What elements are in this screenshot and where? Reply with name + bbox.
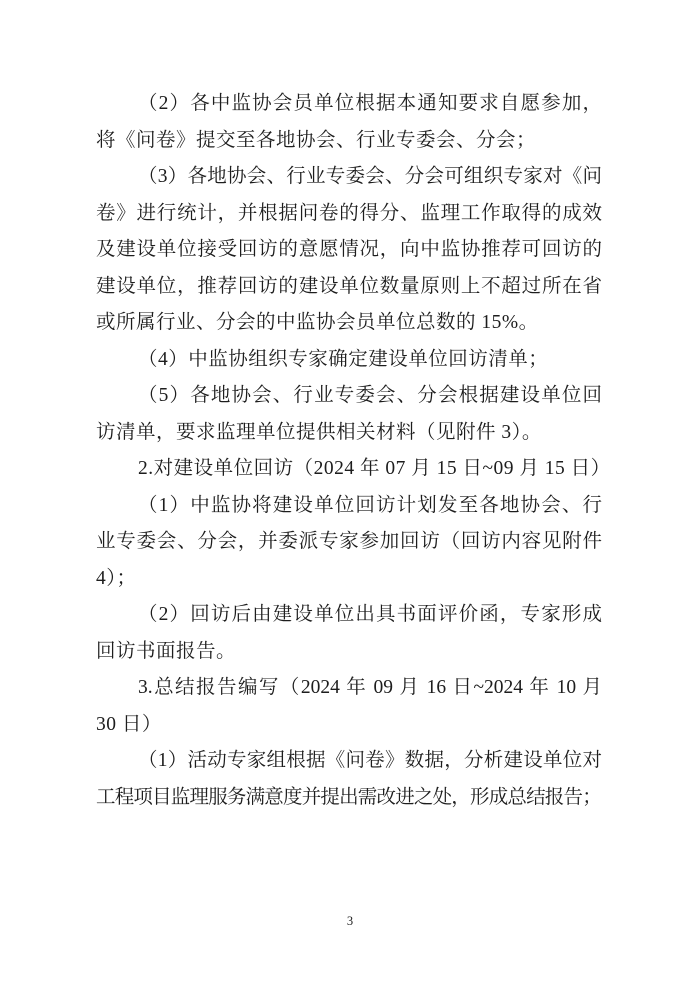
page-footer: 3 (0, 912, 700, 930)
text-line: 建设单位，推荐回访的建设单位数量原则上不超过所在省 (96, 269, 602, 306)
paragraph: 3.总结报告编写（2024 年 09 月 16 日~2024 年 10 月30 … (96, 670, 602, 743)
document-body: （2）各中监协会员单位根据本通知要求自愿参加，将《问卷》提交至各地协会、行业专委… (96, 86, 602, 816)
text-line: （2）回访后由建设单位出具书面评价函，专家形成 (96, 597, 602, 634)
text-line: （5）各地协会、行业专委会、分会根据建设单位回 (96, 378, 602, 415)
paragraph: （2）各中监协会员单位根据本通知要求自愿参加，将《问卷》提交至各地协会、行业专委… (96, 86, 602, 159)
text-line: （1）中监协将建设单位回访计划发至各地协会、行 (96, 488, 602, 525)
text-line: 30 日） (96, 707, 602, 744)
text-line: 卷》进行统计，并根据问卷的得分、监理工作取得的成效 (96, 196, 602, 233)
paragraph: （3）各地协会、行业专委会、分会可组织专家对《问卷》进行统计，并根据问卷的得分、… (96, 159, 602, 342)
text-line: （4）中监协组织专家确定建设单位回访清单； (96, 342, 602, 379)
text-line: 回访书面报告。 (96, 634, 602, 671)
text-line: 4）； (96, 561, 602, 598)
page-number: 3 (347, 914, 353, 928)
paragraph: （5）各地协会、行业专委会、分会根据建设单位回访清单，要求监理单位提供相关材料（… (96, 378, 602, 451)
paragraph: （1）活动专家组根据《问卷》数据，分析建设单位对工程项目监理服务满意度并提出需改… (96, 743, 602, 816)
text-line: 3.总结报告编写（2024 年 09 月 16 日~2024 年 10 月 (96, 670, 602, 707)
text-line: 工程项目监理服务满意度并提出需改进之处，形成总结报告； (96, 780, 602, 817)
paragraph: （2）回访后由建设单位出具书面评价函，专家形成回访书面报告。 (96, 597, 602, 670)
paragraph: 2.对建设单位回访（2024 年 07 月 15 日~09 月 15 日） (96, 451, 602, 488)
text-line: 及建设单位接受回访的意愿情况，向中监协推荐可回访的 (96, 232, 602, 269)
text-line: （1）活动专家组根据《问卷》数据，分析建设单位对 (96, 743, 602, 780)
paragraph: （1）中监协将建设单位回访计划发至各地协会、行业专委会、分会，并委派专家参加回访… (96, 488, 602, 598)
document-page: （2）各中监协会员单位根据本通知要求自愿参加，将《问卷》提交至各地协会、行业专委… (0, 0, 700, 989)
text-line: 将《问卷》提交至各地协会、行业专委会、分会； (96, 123, 602, 160)
text-line: （2）各中监协会员单位根据本通知要求自愿参加， (96, 86, 602, 123)
text-line: 访清单，要求监理单位提供相关材料（见附件 3）。 (96, 415, 602, 452)
text-line: 2.对建设单位回访（2024 年 07 月 15 日~09 月 15 日） (96, 451, 602, 488)
text-line: （3）各地协会、行业专委会、分会可组织专家对《问 (96, 159, 602, 196)
text-line: 或所属行业、分会的中监协会员单位总数的 15%。 (96, 305, 602, 342)
text-line: 业专委会、分会，并委派专家参加回访（回访内容见附件 (96, 524, 602, 561)
paragraph: （4）中监协组织专家确定建设单位回访清单； (96, 342, 602, 379)
